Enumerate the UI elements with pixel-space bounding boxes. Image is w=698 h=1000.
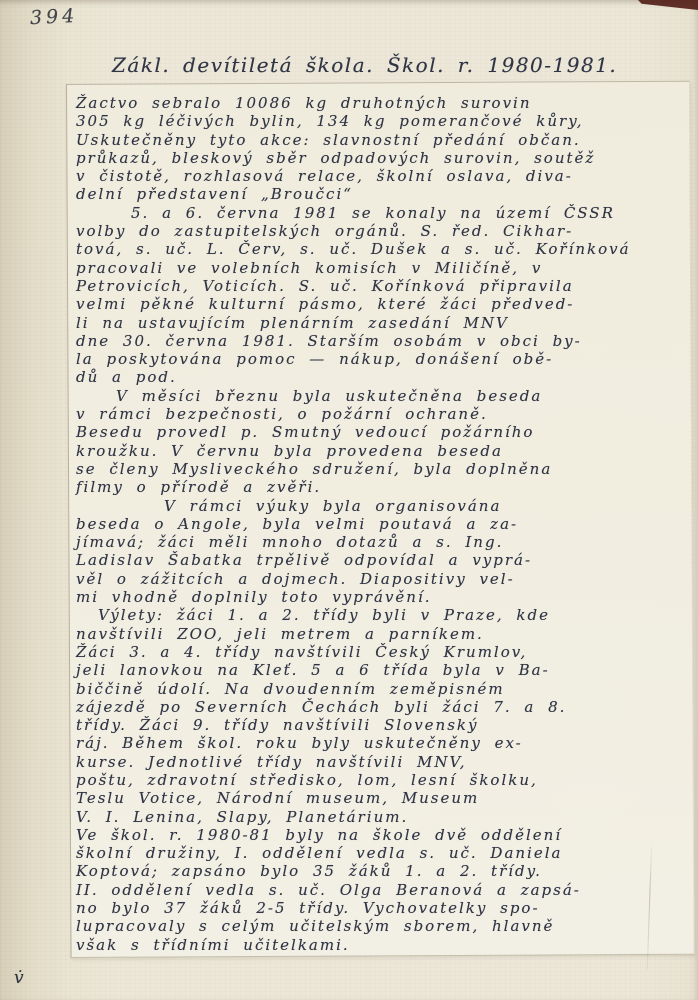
page-number: 394 [29,5,78,29]
handwritten-line: zájezdě po Severních Čechách byli žáci 7… [76,698,692,716]
handwritten-line: navštívili ZOO, jeli metrem a parníkem. [76,625,692,643]
handwritten-line: biččině údolí. Na dvoudenním zeměpisném [76,680,692,698]
handwritten-line: 5. a 6. června 1981 se konaly na území Č… [76,204,692,222]
page-title: Zákl. devítiletá škola. Škol. r. 1980-19… [112,53,602,77]
handwritten-line: beseda o Angole, byla velmi poutavá a za… [76,515,692,533]
handwritten-line: delní představení „Broučci“ [76,185,692,203]
handwritten-line: la poskytována pomoc — nákup, donášení o… [76,350,692,368]
handwritten-line: Ladislav Šabatka trpělivě odpovídal a vy… [76,551,692,569]
handwritten-line: dů a pod. [76,368,692,386]
handwritten-line: však s třídními učitelkami. [76,936,692,954]
handwritten-line: Koptová; zapsáno bylo 35 žáků 1. a 2. tř… [76,862,692,880]
handwritten-line: v rámci bezpečnosti, o požární ochraně. [76,405,692,423]
handwritten-line: věl o zážitcích a dojmech. Diapositivy v… [76,570,692,588]
body-lines: Žactvo sebralo 10086 kg druhotných surov… [76,94,692,954]
book-cover-corner [638,0,698,10]
handwritten-line: Žáci 3. a 4. třídy navštívili Český Krum… [76,643,692,661]
handwritten-line: II. oddělení vedla s. uč. Olga Beranová … [76,881,692,899]
handwritten-line: 305 kg léčivých bylin, 134 kg pomerančov… [76,112,692,130]
handwritten-line: školní družiny, I. oddělení vedla s. uč.… [76,844,692,862]
handwritten-line: V. I. Lenina, Slapy, Planetárium. [76,808,692,826]
handwritten-line: mi vhodně doplnily toto vyprávění. [76,588,692,606]
chronicle-page-photo: 394 Zákl. devítiletá škola. Škol. r. 198… [0,0,698,1000]
handwritten-line: kurse. Jednotlivé třídy navštívili MNV, [76,753,692,771]
handwritten-line: volby do zastupitelských orgánů. S. řed.… [76,222,692,240]
handwritten-line: jeli lanovkou na Kleť. 5 a 6 třída byla … [76,661,692,679]
handwritten-line: li na ustavujícím plenárním zasedání MNV [76,314,692,332]
handwritten-line: kroužku. V červnu byla provedena beseda [76,442,692,460]
handwritten-line: Uskutečněny tyto akce: slavnostní předán… [76,131,692,149]
handwritten-line: pracovali ve volebních komisích v Miličí… [76,259,692,277]
handwritten-line: filmy o přírodě a zvěři. [76,478,692,496]
handwritten-line: dne 30. června 1981. Starším osobám v ob… [76,332,692,350]
handwritten-line: velmi pěkné kulturní pásmo, které žáci p… [76,295,692,313]
handwritten-line: tová, s. uč. L. Červ, s. uč. Dušek a s. … [76,240,692,258]
handwritten-line: Besedu provedl p. Smutný vedoucí požární… [76,423,692,441]
handwritten-line: ráj. Během škol. roku byly uskutečněny e… [76,734,692,752]
handwritten-line: Výlety: žáci 1. a 2. třídy byli v Praze,… [76,606,692,624]
handwritten-line: poštu, zdravotní středisko, lom, lesní š… [76,771,692,789]
handwritten-line: jímavá; žáci měli mnoho dotazů a s. Ing. [76,533,692,551]
handwritten-line: se členy Mysliveckého sdružení, byla dop… [76,460,692,478]
handwritten-line: V rámci výuky byla organisována [76,497,692,515]
handwritten-line: třídy. Žáci 9. třídy navštívili Slovensk… [76,716,692,734]
bottom-mark: v̇ [14,968,24,988]
handwritten-line: Teslu Votice, Národní museum, Museum [76,789,692,807]
handwritten-line: no bylo 37 žáků 2-5 třídy. Vychovatelky … [76,899,692,917]
handwritten-line: lupracovaly s celým učitelským sborem, h… [76,917,692,935]
handwritten-line: průkazů, bleskový sběr odpadových surovi… [76,149,692,167]
handwritten-line: Žactvo sebralo 10086 kg druhotných surov… [76,94,692,112]
handwritten-line: V měsíci březnu byla uskutečněna beseda [76,387,692,405]
handwritten-line: Petrovicích, Voticích. S. uč. Kořínková … [76,277,692,295]
handwritten-line: Ve škol. r. 1980-81 byly na škole dvě od… [76,826,692,844]
handwritten-line: v čistotě, rozhlasová relace, školní osl… [76,167,692,185]
